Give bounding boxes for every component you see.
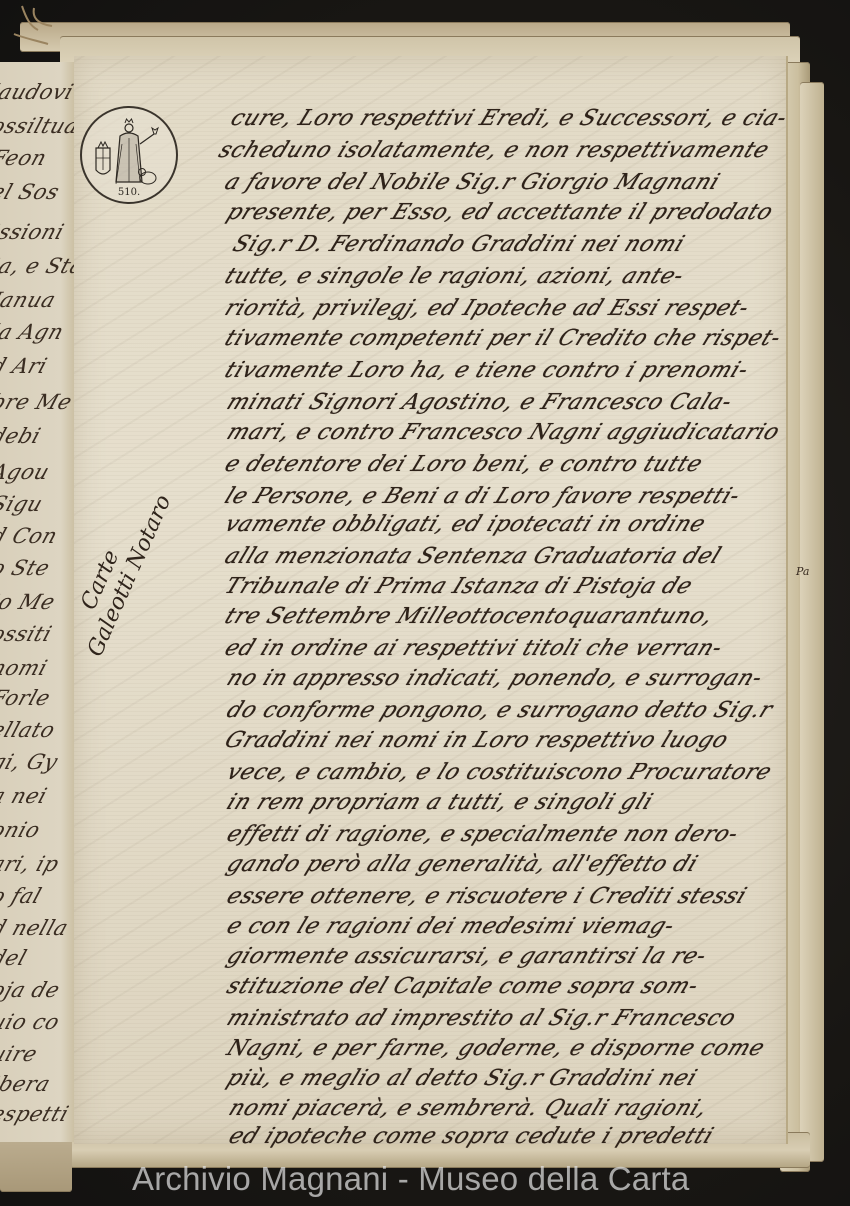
text-line: a favore del Nobile Sig.r Giorgio Magnan… (221, 170, 724, 195)
text-line: e con le ragioni dei medesimi viemag- (223, 914, 679, 939)
text-line: do conforme pongono, e surrogano detto S… (223, 698, 777, 723)
text-line: tutte, e singole le ragioni, azioni, ant… (221, 264, 688, 289)
text-line: Tribunale di Prima Istanza di Pistoja de (221, 574, 697, 599)
text-line: minati Signori Agostino, e Francesco Cal… (223, 390, 736, 415)
text-line: Graddini nei nomi in Loro respettivo luo… (221, 728, 732, 753)
right-edge-mark: Pa (796, 565, 809, 578)
text-line: essere ottenere, e riscuotere i Crediti … (223, 884, 751, 909)
text-line: scheduno isolatamente, e non respettivam… (215, 138, 773, 163)
text-line: tivamente Loro ha, e tiene contro i pren… (221, 358, 753, 383)
text-line: cure, Loro respettivi Eredi, e Successor… (227, 106, 791, 131)
manuscript-text: cure, Loro respettivi Eredi, e Successor… (0, 0, 850, 1150)
text-line: vece, e cambio, e lo costituiscono Procu… (223, 760, 776, 785)
text-line: giormente assicurarsi, e garantirsi la r… (223, 944, 711, 969)
text-line: riorità, privilegj, ed Ipoteche ad Essi … (221, 296, 753, 321)
text-line: mari, e contro Francesco Nagni aggiudica… (223, 420, 784, 445)
text-line: ed ipoteche come sopra cedute i predetti (225, 1124, 718, 1149)
text-line: tivamente competenti per il Credito che … (221, 326, 785, 351)
text-line: vamente obbligati, ed ipotecati in ordin… (221, 512, 710, 537)
text-line: Sig.r D. Ferdinando Graddini nei nomi (229, 232, 688, 257)
text-line: alla menzionata Sentenza Graduatoria del (221, 544, 725, 569)
text-line: nomi piacerà, e sembrerà. Quali ragioni, (225, 1096, 712, 1121)
archive-watermark: Archivio Magnani - Museo della Carta (132, 1160, 689, 1198)
text-line: effetti di ragione, e specialmente non d… (223, 822, 743, 847)
text-line: le Persone, e Beni a di Loro favore resp… (221, 484, 744, 509)
text-line: presente, per Esso, ed accettante il pre… (223, 200, 777, 225)
text-line: e detentore dei Loro beni, e contro tutt… (221, 452, 707, 477)
text-line: in rem propriam a tutti, e singoli gli (223, 790, 657, 815)
text-line: no in appresso indicati, ponendo, e surr… (223, 666, 767, 691)
text-line: tre Settembre Milleottocentoquarantuno, (221, 604, 717, 629)
text-line: ed in ordine ai respettivi titoli che ve… (221, 636, 726, 661)
text-line: più, e meglio al detto Sig.r Graddini ne… (223, 1066, 701, 1091)
text-line: stituzione del Capitale come sopra som- (223, 974, 702, 999)
text-line: gando però alla generalità, all'effetto … (223, 852, 702, 877)
text-line: ministrato ad imprestito al Sig.r France… (223, 1006, 740, 1031)
text-line: Nagni, e per farne, goderne, e disporne … (223, 1036, 769, 1061)
